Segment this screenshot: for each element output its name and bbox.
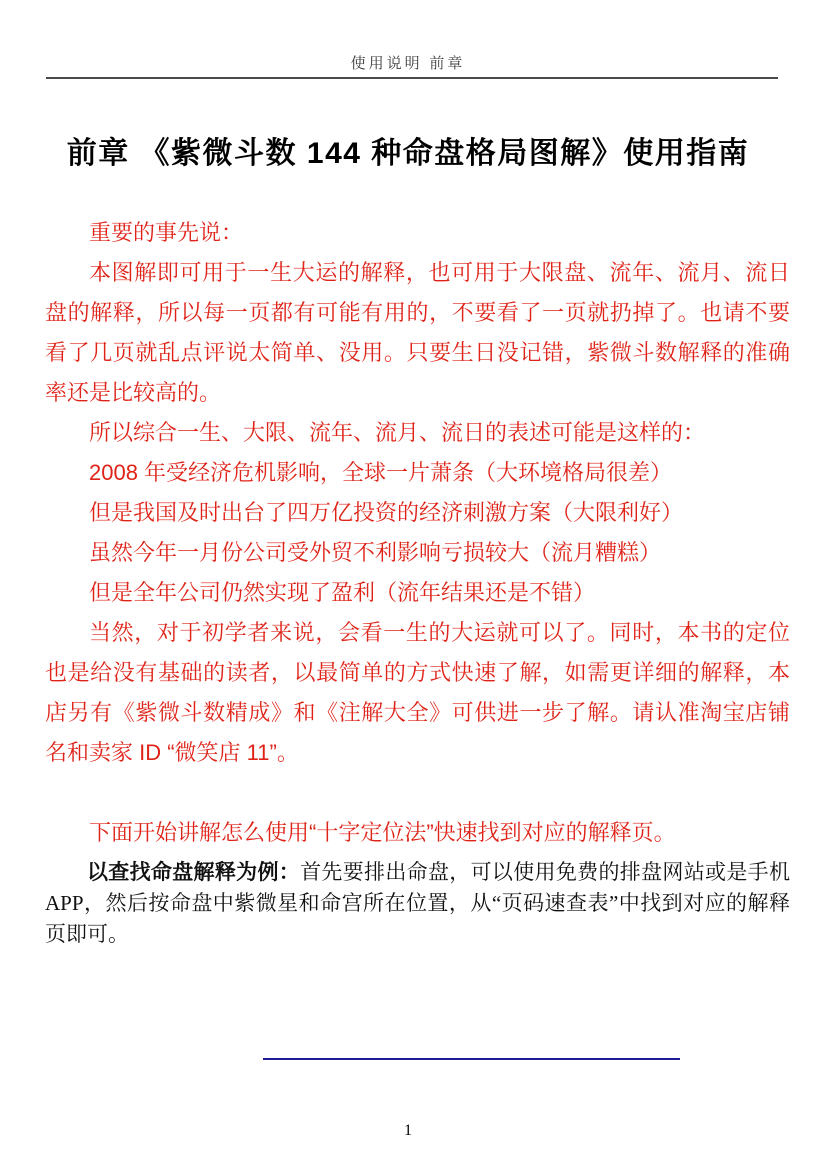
- paragraph-example-year-profit: 但是全年公司仍然实现了盈利（流年结果还是不错）: [45, 573, 790, 613]
- paragraph-example-2008: 2008 年受经济危机影响，全球一片萧条（大环境格局很差）: [45, 453, 790, 493]
- paragraph-cross-method-intro: 下面开始讲解怎么使用“十字定位法”快速找到对应的解释页。: [45, 813, 790, 853]
- paragraph-usage-scope: 本图解即可用于一生大运的解释，也可用于大限盘、流年、流月、流日盘的解释，所以每一…: [45, 253, 790, 413]
- paragraph-example-stimulus: 但是我国及时出台了四万亿投资的经济刺激方案（大限利好）: [45, 493, 790, 533]
- paragraph-beginner-positioning: 当然，对于初学者来说，会看一生的大运就可以了。同时，本书的定位也是给没有基础的读…: [45, 613, 790, 773]
- document-body: 重要的事先说： 本图解即可用于一生大运的解释，也可用于大限盘、流年、流月、流日盘…: [45, 213, 790, 950]
- paragraph-combined-reading-intro: 所以综合一生、大限、流年、流月、流日的表述可能是这样的：: [45, 413, 790, 453]
- page-number: 1: [0, 1122, 816, 1140]
- document-page: 使用说明 前章 前章 《紫微斗数 144 种命盘格局图解》使用指南 重要的事先说…: [0, 0, 816, 1149]
- header-rule-line: [46, 77, 778, 79]
- paragraph-example-month-loss: 虽然今年一月份公司受外贸不利影响亏损较大（流月糟糕）: [45, 533, 790, 573]
- footnote-divider-line: [263, 1058, 680, 1060]
- paragraph-important-note: 重要的事先说：: [45, 213, 790, 253]
- running-header: 使用说明 前章: [0, 52, 816, 73]
- lookup-example-lead: 以查找命盘解释为例：: [87, 861, 300, 884]
- paragraph-lookup-example: 以查找命盘解释为例：首先要排出命盘，可以使用免费的排盘网站或是手机 APP，然后…: [45, 857, 790, 950]
- page-title: 前章 《紫微斗数 144 种命盘格局图解》使用指南: [0, 128, 816, 180]
